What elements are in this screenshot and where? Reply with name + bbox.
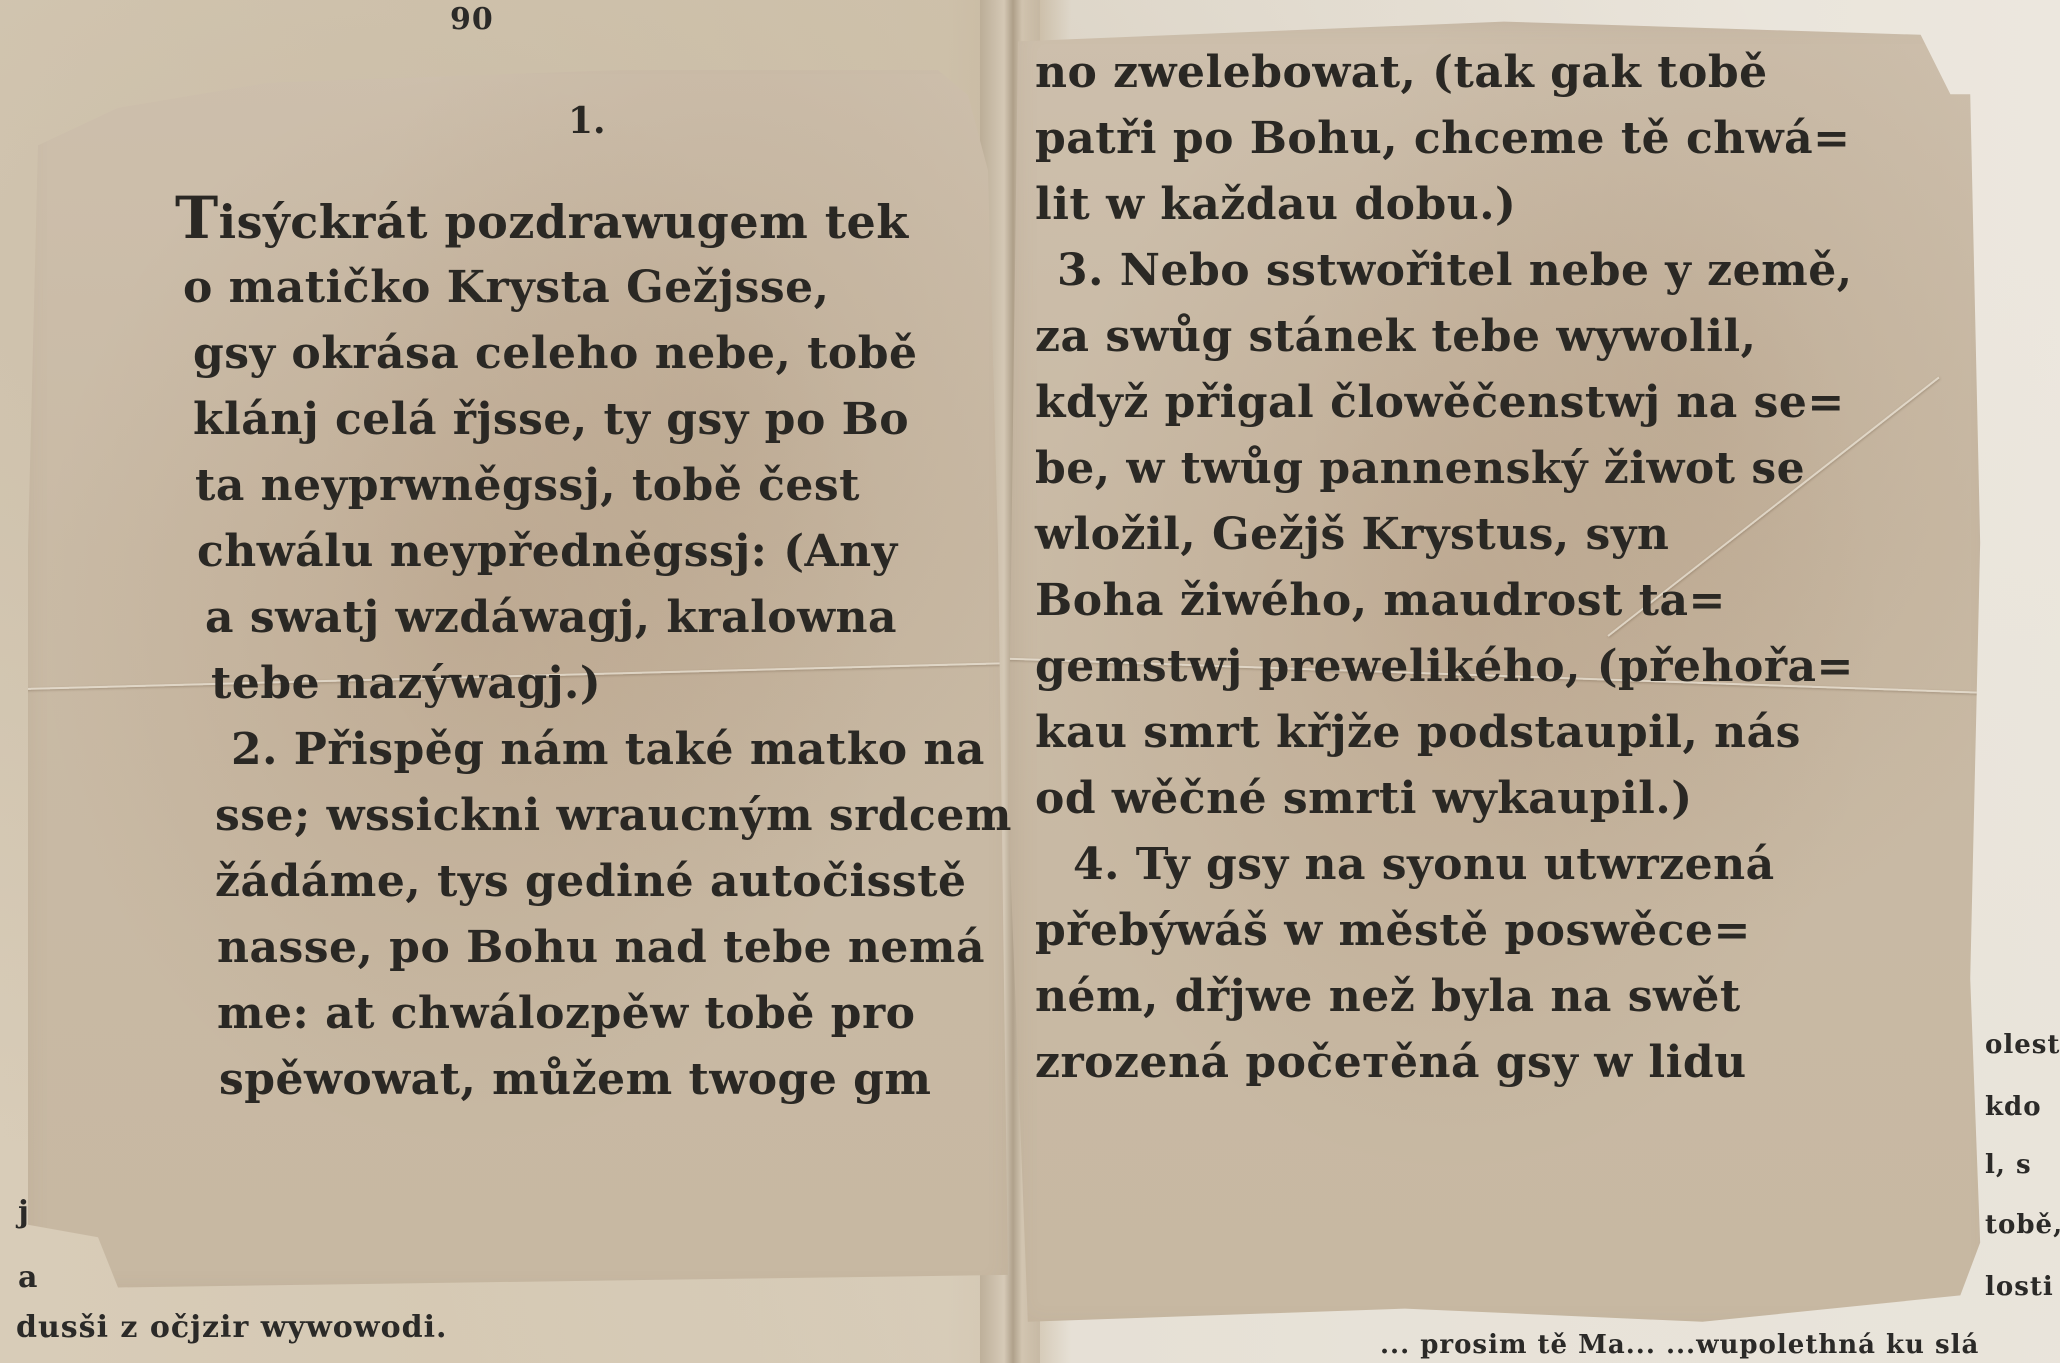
text-line: a swatj wzdáwagj, kralowna xyxy=(205,585,1012,651)
background-top-number: 90 xyxy=(450,2,494,37)
text-line: Boha žiwého, maudrost ta= xyxy=(1035,568,1854,634)
text-line: ta neyprwněgssj, tobě čest xyxy=(195,453,1012,519)
text-line: zrozená počeтěná gsy w lidu xyxy=(1035,1030,1854,1096)
background-right-margin-3: l, s xyxy=(1985,1150,2032,1180)
text-line: spěwowat, můžem twoge gm xyxy=(219,1047,1012,1113)
text-line: od wěčné smrti wykaupil.) xyxy=(1035,766,1854,832)
right-page-text: no zwelebowat, (tak gak tobě patři po Bo… xyxy=(1035,40,1854,1096)
background-bottom-left-line: dusši z očjzir wywowodi. xyxy=(16,1310,447,1345)
text-line: klánj celá řjsse, ty gsy po Bo xyxy=(193,387,1012,453)
text-line: 3. Nebo sstwořitel nebe y země, xyxy=(1057,238,1854,304)
background-left-margin-a: a xyxy=(18,1260,38,1295)
text-line: gsy okrása celeho nebe, tobě xyxy=(193,321,1012,387)
background-right-margin-4: tobě, xyxy=(1985,1210,2060,1240)
text-line: me: at chwálozpěw tobě pro xyxy=(217,981,1012,1047)
text-line: o matičko Krysta Gežjsse, xyxy=(183,255,1012,321)
text-line: be, w twůg pannenský žiwot se xyxy=(1035,436,1854,502)
background-right-margin-5: losti xyxy=(1985,1272,2054,1302)
text-line: přebýwáš w městě poswěce= xyxy=(1035,898,1854,964)
text-line: když přigal člowěčenstwj na se= xyxy=(1035,370,1854,436)
text-line: sse; wssickni wraucným srdcem xyxy=(215,783,1012,849)
text-line: žádáme, tys gediné autočisstě xyxy=(215,849,1012,915)
text-line: patři po Bohu, chceme tě chwá= xyxy=(1035,106,1854,172)
background-bottom-right-line: ... prosim tě Ma... ...wupolethná ku slá xyxy=(1380,1330,1979,1360)
text-line: Tisýckrát pozdrawugem tek xyxy=(175,185,1012,255)
background-right-margin-2: kdo xyxy=(1985,1092,2042,1122)
text-line: no zwelebowat, (tak gak tobě xyxy=(1035,40,1854,106)
text-line: 4. Ty gsy na syonu utwrzená xyxy=(1073,832,1854,898)
text-line: chwálu neypředněgssj: (Any xyxy=(197,519,1012,585)
text-line: lit w každau dobu.) xyxy=(1035,172,1854,238)
text-line: 2. Přispěg nám také matko na xyxy=(231,717,1012,783)
text-line: wložil, Gežjš Krystus, syn xyxy=(1035,502,1854,568)
text-line: za swůg stánek tebe wywolil, xyxy=(1035,304,1854,370)
text-line: tebe nazýwagj.) xyxy=(211,651,1012,717)
page-number: 1. xyxy=(568,100,606,142)
left-page-text: Tisýckrát pozdrawugem tek o matičko Krys… xyxy=(175,185,1012,1113)
text-line: kau smrt křjže podstaupil, nás xyxy=(1035,700,1854,766)
text-line: nasse, po Bohu nad tebe nemá xyxy=(217,915,1012,981)
background-right-margin-1: olest xyxy=(1985,1030,2060,1060)
text-line: ném, dřjwe než byla na swět xyxy=(1035,964,1854,1030)
text-line: gemstwj prewelikého, (přehořa= xyxy=(1035,634,1854,700)
